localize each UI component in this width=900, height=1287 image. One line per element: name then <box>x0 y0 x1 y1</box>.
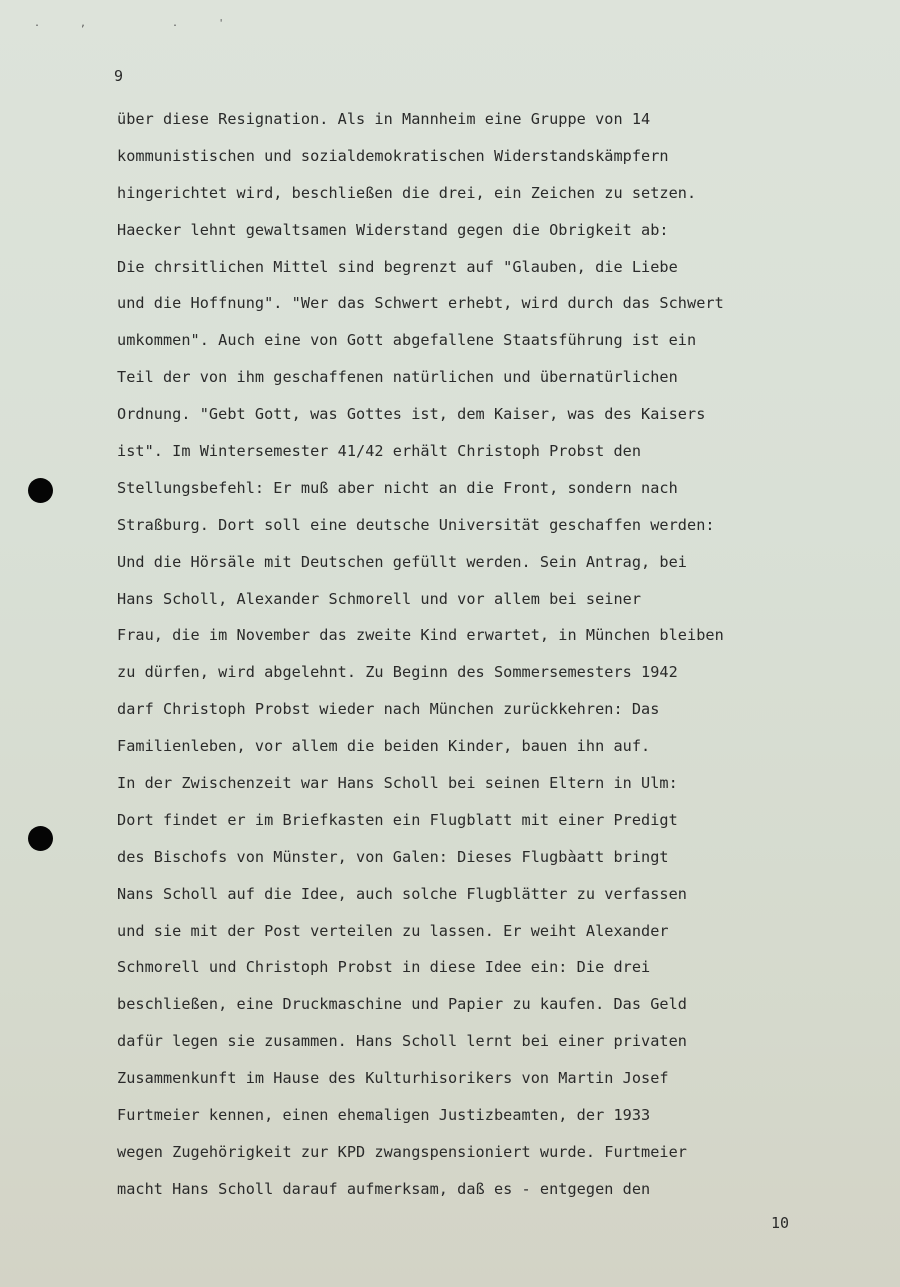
text-line: Hans Scholl, Alexander Schmorell und vor… <box>117 588 857 625</box>
text-line: und die Hoffnung". "Wer das Schwert erhe… <box>117 292 857 329</box>
text-line: und sie mit der Post verteilen zu lassen… <box>117 920 857 957</box>
text-line: zu dürfen, wird abgelehnt. Zu Beginn des… <box>117 661 857 698</box>
text-line: ist". Im Wintersemester 41/42 erhält Chr… <box>117 440 857 477</box>
text-line: Die chrsitlichen Mittel sind begrenzt au… <box>117 256 857 293</box>
text-line: Und die Hörsäle mit Deutschen gefüllt we… <box>117 551 857 588</box>
text-line: Zusammenkunft im Hause des Kulturhisorik… <box>117 1067 857 1104</box>
text-line: Frau, die im November das zweite Kind er… <box>117 624 857 661</box>
text-line: Ordnung. "Gebt Gott, was Gottes ist, dem… <box>117 403 857 440</box>
page-number-bottom: 10 <box>771 1213 789 1233</box>
text-line: wegen Zugehörigkeit zur KPD zwangspensio… <box>117 1141 857 1178</box>
text-line: Haecker lehnt gewaltsamen Widerstand geg… <box>117 219 857 256</box>
text-line: des Bischofs von Münster, von Galen: Die… <box>117 846 857 883</box>
text-line: Furtmeier kennen, einen ehemaligen Justi… <box>117 1104 857 1141</box>
corner-marks: ., .' <box>34 18 264 29</box>
punch-hole-icon <box>28 826 53 851</box>
text-line: Stellungsbefehl: Er muß aber nicht an di… <box>117 477 857 514</box>
text-line: dafür legen sie zusammen. Hans Scholl le… <box>117 1030 857 1067</box>
text-line: Familienleben, vor allem die beiden Kind… <box>117 735 857 772</box>
text-line: umkommen". Auch eine von Gott abgefallen… <box>117 329 857 366</box>
text-line: hingerichtet wird, beschließen die drei,… <box>117 182 857 219</box>
body-text: über diese Resignation. Als in Mannheim … <box>117 108 857 1215</box>
text-line: Dort findet er im Briefkasten ein Flugbl… <box>117 809 857 846</box>
text-line: über diese Resignation. Als in Mannheim … <box>117 108 857 145</box>
text-line: Teil der von ihm geschaffenen natürliche… <box>117 366 857 403</box>
text-line: Straßburg. Dort soll eine deutsche Unive… <box>117 514 857 551</box>
document-page: ., .' 9 über diese Resignation. Als in M… <box>0 0 900 1287</box>
text-line: beschließen, eine Druckmaschine und Papi… <box>117 993 857 1030</box>
text-line: In der Zwischenzeit war Hans Scholl bei … <box>117 772 857 809</box>
text-line: Nans Scholl auf die Idee, auch solche Fl… <box>117 883 857 920</box>
text-line: Schmorell und Christoph Probst in diese … <box>117 956 857 993</box>
text-line: darf Christoph Probst wieder nach Münche… <box>117 698 857 735</box>
text-line: macht Hans Scholl darauf aufmerksam, daß… <box>117 1178 857 1215</box>
page-number-top: 9 <box>114 66 123 86</box>
text-line: kommunistischen und sozialdemokratischen… <box>117 145 857 182</box>
punch-hole-icon <box>28 478 53 503</box>
